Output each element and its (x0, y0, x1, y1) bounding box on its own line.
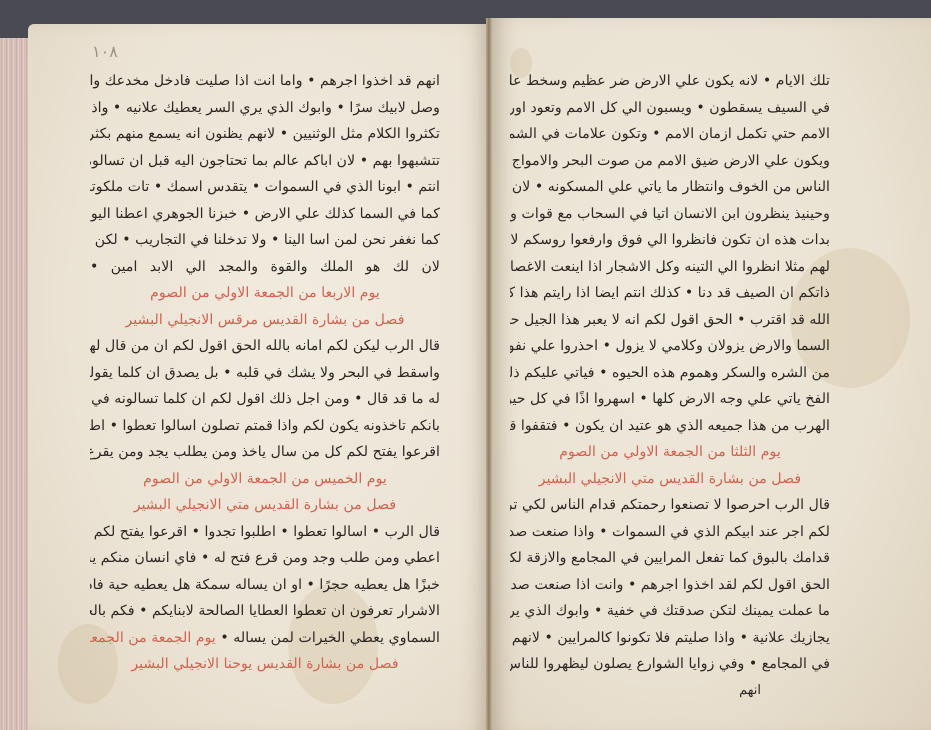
text-line: في السيف يسقطون • ويسبون الي كل الامم وت… (510, 95, 830, 122)
book-gutter (486, 18, 492, 730)
rubric-heading: يوم الجمعة من الجمعة الاولي من الصوم (90, 630, 216, 646)
text-line: الله قد اقترب • الحق اقول لكم انه لا يعب… (510, 307, 830, 334)
text-line: وصل لابيك سرًا • وابوك الذي يري السر يعط… (90, 95, 440, 122)
text-line: لكم اجر عند ابيكم الذي في السموات • واذا… (510, 519, 830, 546)
text-line: قدامك بالبوق كما تفعل المرايين في المجام… (510, 545, 830, 572)
text-line: قال الرب احرصوا لا تصنعوا رحمتكم قدام ال… (510, 492, 830, 519)
text-line: كما في السما كذلك علي الارض • خبزنا الجو… (90, 201, 440, 228)
text-line: لهم مثلا انظروا الي التينه وكل الاشجار ا… (510, 254, 830, 281)
text-line: وحينيذ ينظرون ابن الانسان اتيا في السحاب… (510, 201, 830, 228)
text-segment: السماوي يعطي الخيرات لمن يساله • (220, 630, 440, 646)
rubric-heading: فصل من بشارة القديس يوحنا الانجيلي البشي… (90, 651, 440, 678)
text-line: لان لك هو الملك والقوة والمجد الي الابد … (90, 254, 440, 281)
catchword: انهم (510, 678, 830, 705)
text-line: الفخ ياتي علي وجه الارض كلها • اسهروا اذ… (510, 386, 830, 413)
text-line: الحق اقول لكم لقد اخذوا اجرهم • وانت اذا… (510, 572, 830, 599)
folio-number: ١٠٨ (92, 42, 118, 61)
text-line: انتم • ابونا الذي في السموات • يتقدس اسم… (90, 174, 440, 201)
text-line: ما عملت يمينك لتكن صدقتك في خفية • وابوك… (510, 598, 830, 625)
text-line: بدات هذه ان تكون فانظروا الي فوق وارفعوا… (510, 227, 830, 254)
text-line: في المجامع • وفي زوايا الشوارع يصلون ليظ… (510, 651, 830, 678)
text-line: الامم حتي تكمل ازمان الامم • وتكون علاما… (510, 121, 830, 148)
text-line: تكثروا الكلام مثل الوثنيين • لانهم يظنون… (90, 121, 440, 148)
text-line: من الشره والسكر وهموم هذه الحيوه • فياتي… (510, 360, 830, 387)
rubric-heading: يوم الاربعا من الجمعة الاولي من الصوم (90, 280, 440, 307)
text-line: بانكم تاخذونه يكون لكم واذا قمتم تصلون ا… (90, 413, 440, 440)
text-line: قال الرب ليكن لكم امانه بالله الحق اقول … (90, 333, 440, 360)
left-page-text: انهم قد اخذوا اجرهم • واما انت اذا صليت … (90, 68, 440, 678)
rubric-heading: فصل من بشارة القديس مرقس الانجيلي البشير (90, 307, 440, 334)
text-line: اقرعوا يفتح لكم كل من سال ياخذ ومن يطلب … (90, 439, 440, 466)
text-line: له ما قد قال • ومن اجل ذلك اقول لكم ان ك… (90, 386, 440, 413)
text-line: واسقط في البحر ولا يشك في قلبه • بل يصدق… (90, 360, 440, 387)
rubric-heading: فصل من بشارة القديس متي الانجيلي البشير (90, 492, 440, 519)
text-line: تلك الايام • لانه يكون علي الارض ضر عظيم… (510, 68, 830, 95)
text-line: ويكون علي الارض ضيق الامم من صوت البحر و… (510, 148, 830, 175)
text-line: تتشبهوا بهم • لان اباكم عالم بما تحتاجون… (90, 148, 440, 175)
text-line: السما والارض يزولان وكلامي لا يزول • احذ… (510, 333, 830, 360)
text-line: يجازيك علانية • واذا صليتم فلا تكونوا كا… (510, 625, 830, 652)
text-line: الناس من الخوف وانتظار ما ياتي علي المسك… (510, 174, 830, 201)
text-line: قال الرب • اسالوا تعطوا • اطلبوا تجدوا •… (90, 519, 440, 546)
text-line: خبزًا هل يعطيه حجرًا • او ان يساله سمكة … (90, 572, 440, 599)
rubric-heading: فصل من بشارة القديس متي الانجيلي البشير (510, 466, 830, 493)
right-page-text: تلك الايام • لانه يكون علي الارض ضر عظيم… (510, 68, 830, 704)
text-line: كما نغفر نحن لمن اسا الينا • ولا تدخلنا … (90, 227, 440, 254)
text-line: ذاتكم ان الصيف قد دنا • كذلك انتم ايضا ا… (510, 280, 830, 307)
text-line: الاشرار تعرفون ان تعطوا العطايا الصالحة … (90, 598, 440, 625)
text-line: انهم قد اخذوا اجرهم • واما انت اذا صليت … (90, 68, 440, 95)
rubric-heading: يوم الخميس من الجمعة الاولي من الصوم (90, 466, 440, 493)
text-line: السماوي يعطي الخيرات لمن يساله • يوم الج… (90, 625, 440, 652)
rubric-heading: يوم الثلثا من الجمعة الاولي من الصوم (510, 439, 830, 466)
text-line: اعطي ومن طلب وجد ومن قرع فتح له • فاي ان… (90, 545, 440, 572)
text-line: الهرب من هذا جميعه الذي هو عتيد ان يكون … (510, 413, 830, 440)
